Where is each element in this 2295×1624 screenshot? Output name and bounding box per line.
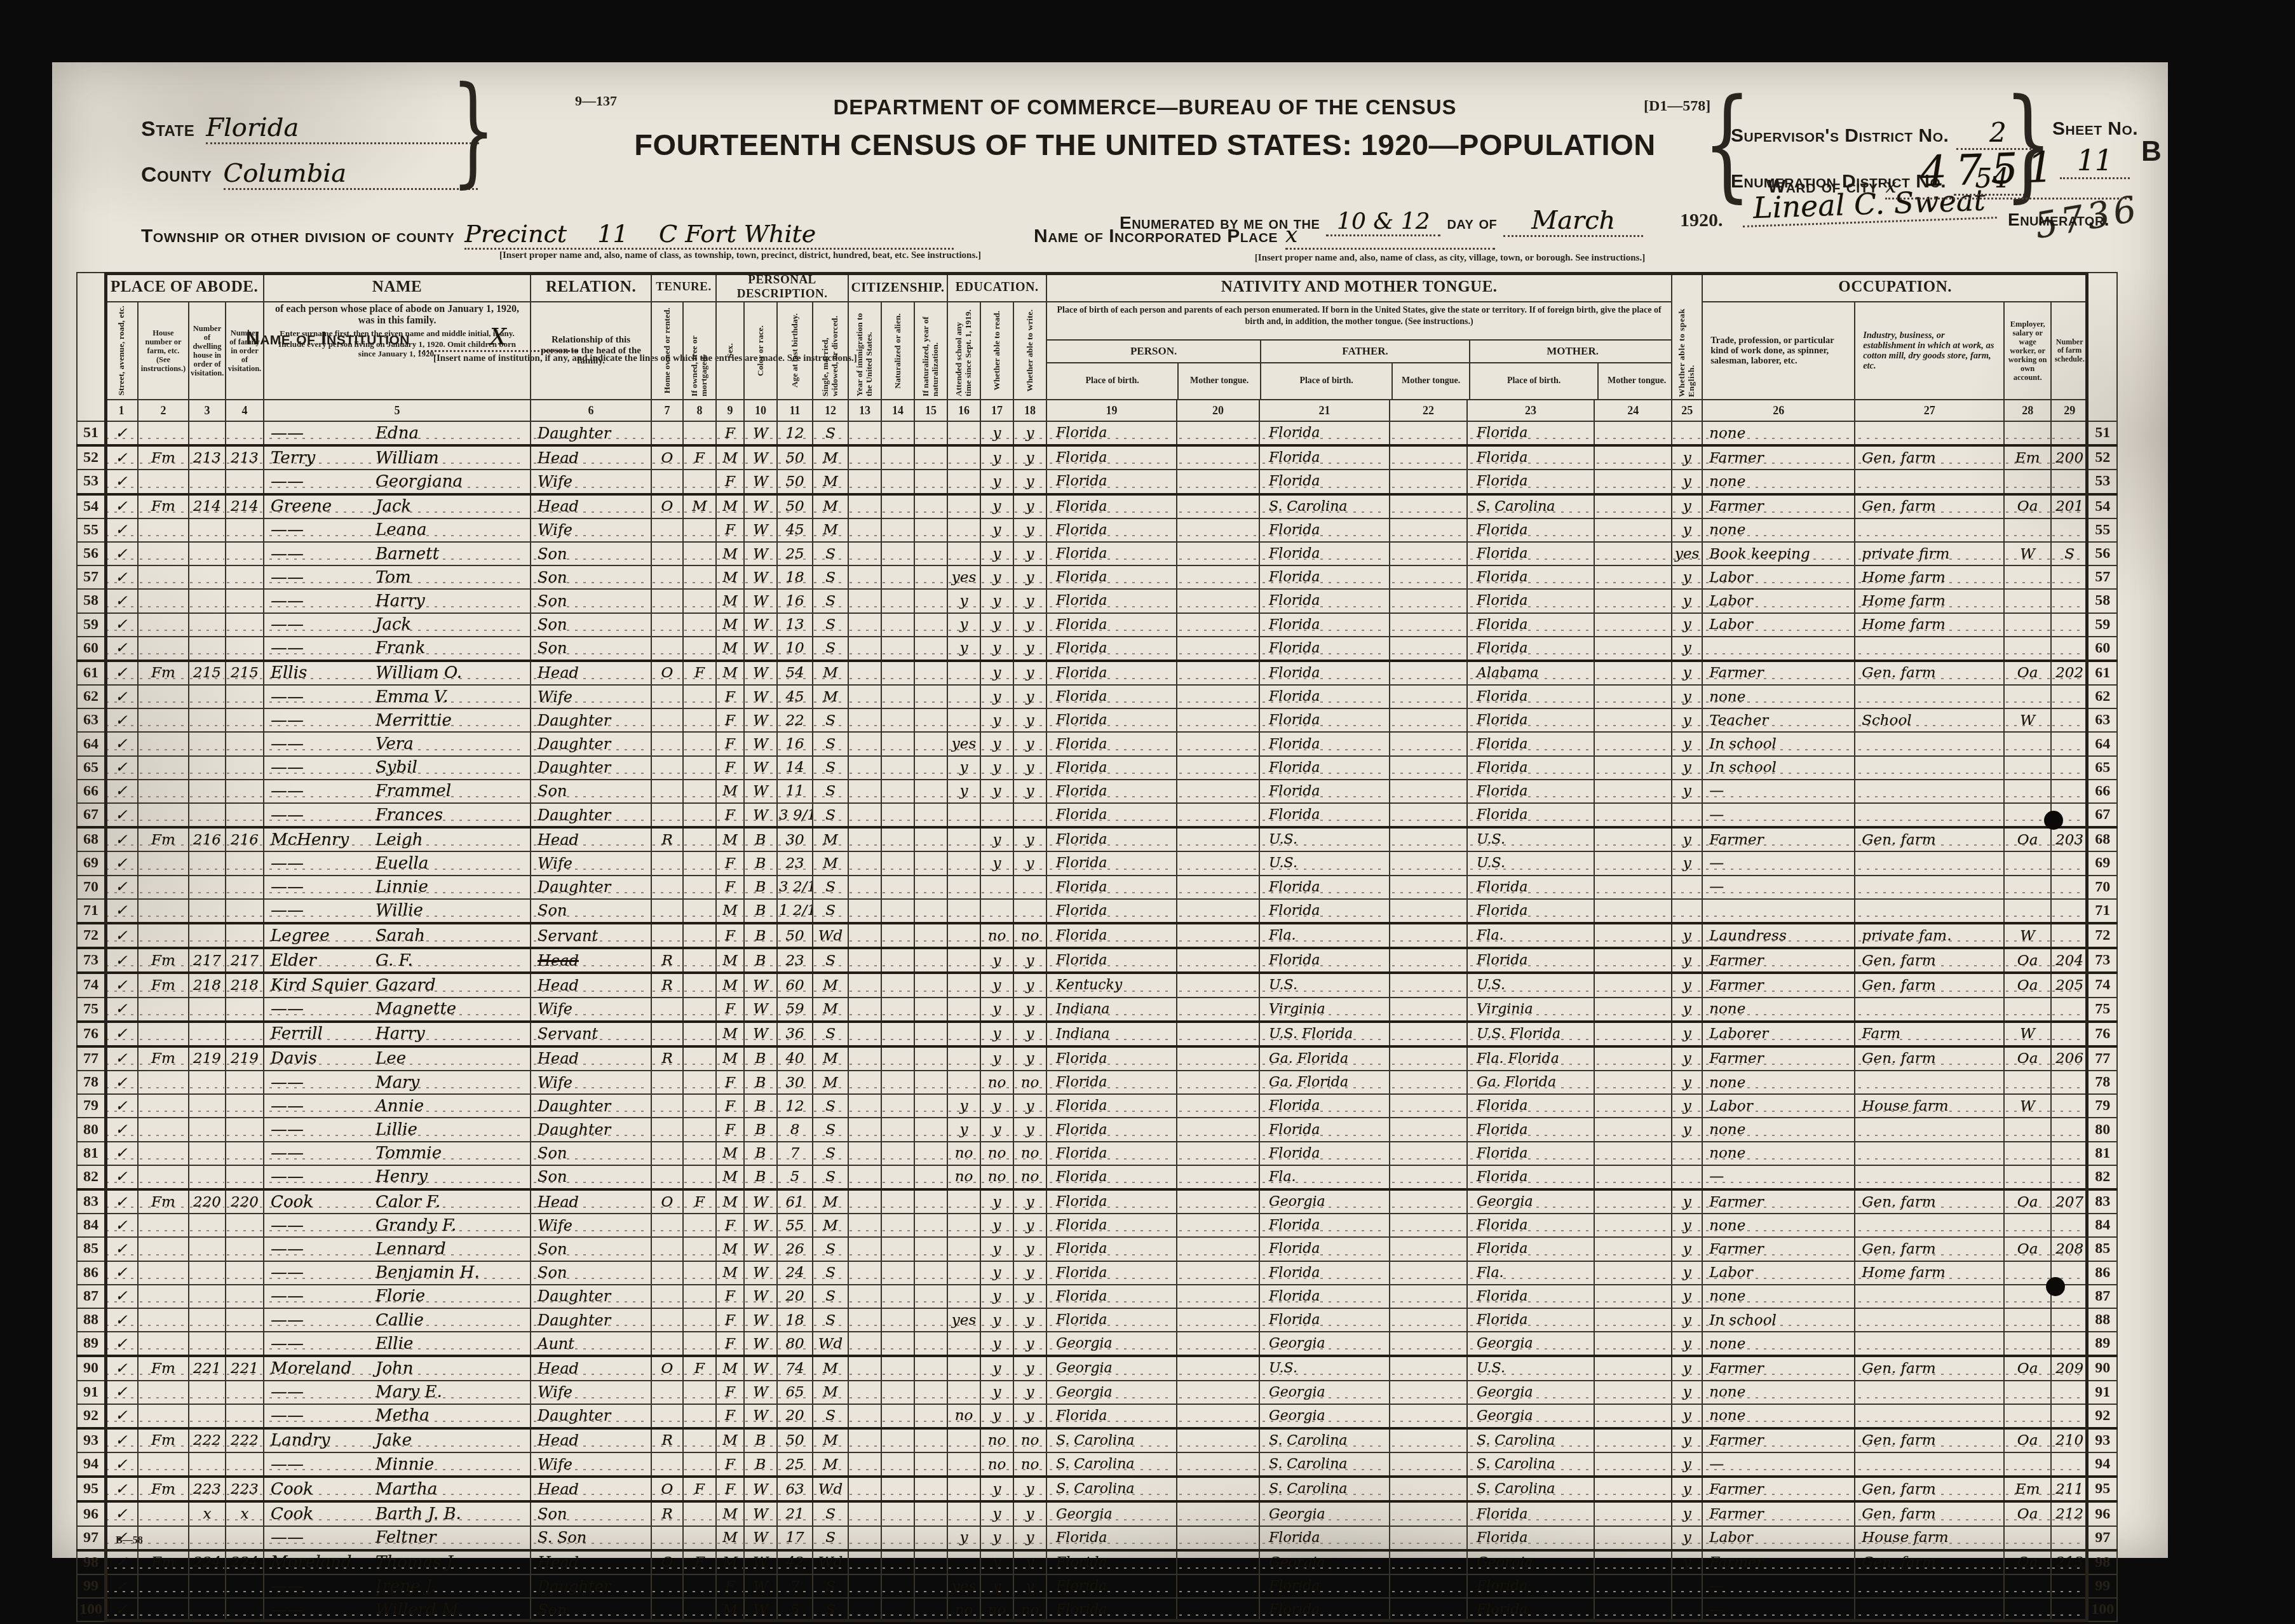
line-number-right: 90000: [2088, 1356, 2117, 1380]
col-header-able-to-write: Whether able to write.: [1013, 302, 1046, 400]
cell-relation: Son: [531, 637, 651, 661]
cell-farm-schedule: [2051, 518, 2088, 542]
cell-trade: Labor: [1702, 1261, 1855, 1285]
cell-trade: none: [1702, 1381, 1855, 1404]
cell-sex: F: [716, 1071, 744, 1094]
cell-name: ——Benjamin H.: [264, 1261, 531, 1285]
col-header-family-number: Number of family in order of visitation.: [226, 302, 264, 400]
cell-immigration-year: [848, 637, 881, 661]
cell-house-number: [138, 1285, 189, 1308]
cell-free-mortgaged: F: [683, 1189, 716, 1214]
cell-immigration-year: [848, 1189, 881, 1214]
cell-free-mortgaged: [683, 1261, 716, 1285]
cell-home-owned: [651, 1261, 683, 1285]
cell-relation: Wife: [531, 1381, 651, 1404]
cell-pob-mother: Florida: [1467, 542, 1594, 565]
cell-free-mortgaged: [683, 1308, 716, 1332]
cell-relation: Wife: [531, 470, 651, 494]
cell-marital: M: [813, 1189, 848, 1214]
cell-mother-tongue-person: [1177, 708, 1259, 732]
cell-employer-class: [2004, 589, 2051, 612]
cell-trade: —: [1702, 1452, 1855, 1477]
line-number: 98: [77, 1550, 105, 1574]
cell-dwelling-number: [189, 756, 226, 780]
cell-street-check: ✓: [105, 780, 138, 803]
cell-immigration-year: [848, 827, 881, 851]
cell-attended-school: [947, 1189, 980, 1214]
cell-trade: none: [1702, 1214, 1855, 1237]
cell-pob-person: Florida: [1046, 518, 1177, 542]
cell-naturalization-year: [914, 1308, 947, 1332]
cell-able-to-write: no: [1013, 1428, 1046, 1452]
cell-naturalization-year: [914, 1094, 947, 1118]
cell-pob-person: Indiana: [1046, 998, 1177, 1022]
cell-farm-schedule: [2051, 899, 2088, 923]
cell-pob-mother: Florida: [1467, 445, 1594, 470]
line-number: 64: [77, 732, 105, 755]
cell-naturalization-year: [914, 756, 947, 780]
cell-house-number: [138, 923, 189, 948]
cell-attended-school: [947, 998, 980, 1022]
cell-age: 12: [777, 1094, 813, 1118]
cell-attended-school: no: [947, 1404, 980, 1428]
cell-speak-english: y: [1672, 1404, 1702, 1428]
cell-speak-english: y: [1672, 1428, 1702, 1452]
cell-farm-schedule: [2051, 421, 2088, 445]
cell-farm-schedule: 210: [2051, 1428, 2088, 1452]
cell-age: 5: [777, 1598, 813, 1621]
cell-employer-class: Oa: [2004, 1237, 2051, 1261]
cell-family-number: [226, 780, 264, 803]
line-number-right: 67: [2088, 803, 2117, 827]
table-row: 77✓Fm219219DavisLeeHeadRMB40MyyFloridaGa…: [77, 1046, 2117, 1071]
cell-family-number: [226, 1404, 264, 1428]
cell-speak-english: [1672, 876, 1702, 899]
cell-dwelling-number: [189, 732, 226, 755]
cell-farm-schedule: [2051, 1308, 2088, 1332]
cell-relation: Head: [531, 445, 651, 470]
cell-mother-tongue-mother: [1594, 589, 1672, 612]
cell-mother-tongue-father: [1390, 948, 1467, 973]
nativity-subheader: Place of birth of each person and parent…: [1046, 302, 1672, 400]
cell-farm-schedule: [2051, 708, 2088, 732]
cell-naturalized: [881, 1142, 914, 1165]
cell-sex: F: [716, 1332, 744, 1356]
cell-industry: [1855, 1452, 2004, 1477]
cell-naturalization-year: [914, 876, 947, 899]
cell-pob-mother: Florida: [1467, 1501, 1594, 1526]
cell-mother-tongue-mother: [1594, 1598, 1672, 1621]
cell-house-number: [138, 1094, 189, 1118]
cell-pob-mother: Florida: [1467, 421, 1594, 445]
cell-pob-father: Fla.: [1259, 1165, 1390, 1189]
ward-stamp: 4751: [1919, 142, 2064, 196]
line-number-right: 70: [2088, 876, 2117, 899]
cell-farm-schedule: [2051, 780, 2088, 803]
cell-street-check: ✓: [105, 1477, 138, 1501]
cell-relation: Son: [531, 899, 651, 923]
cell-street-check: ✓: [105, 923, 138, 948]
cell-home-owned: [651, 1142, 683, 1165]
cell-name: ——Mary: [264, 1071, 531, 1094]
cell-race: W: [744, 1285, 777, 1308]
cell-family-number: 223: [226, 1477, 264, 1501]
cell-attended-school: [947, 518, 980, 542]
column-number-6: 6: [531, 400, 651, 421]
cell-street-check: ✓: [105, 1404, 138, 1428]
line-number: 95: [77, 1477, 105, 1501]
cell-immigration-year: [848, 948, 881, 973]
cell-able-to-write: y: [1013, 1046, 1046, 1071]
cell-attended-school: yes: [947, 732, 980, 755]
father-pob-label: Place of birth.: [1261, 363, 1393, 399]
cell-sex: F: [716, 1574, 744, 1598]
cell-dwelling-number: 224: [189, 1550, 226, 1574]
line-number: 72: [77, 923, 105, 948]
cell-mother-tongue-person: [1177, 827, 1259, 851]
cell-pob-mother: Florida: [1467, 732, 1594, 755]
cell-employer-class: [2004, 1526, 2051, 1550]
line-number: 55: [77, 518, 105, 542]
cell-mother-tongue-mother: [1594, 998, 1672, 1022]
cell-trade: none: [1702, 1285, 1855, 1308]
cell-house-number: [138, 470, 189, 494]
cell-street-check: ✓: [105, 851, 138, 875]
cell-pob-father: Fla.: [1259, 923, 1390, 948]
cell-industry: Gen. farm: [1855, 1501, 2004, 1526]
cell-employer-class: W: [2004, 542, 2051, 565]
cell-farm-schedule: 201: [2051, 494, 2088, 518]
cell-trade: Farmer: [1702, 1428, 1855, 1452]
cell-race: W: [744, 685, 777, 708]
cell-free-mortgaged: [683, 998, 716, 1022]
cell-pob-father: S. Carolina: [1259, 1428, 1390, 1452]
cell-pob-mother: Florida: [1467, 637, 1594, 661]
cell-pob-mother: Florida: [1467, 685, 1594, 708]
cell-speak-english: y: [1672, 1332, 1702, 1356]
column-number-3: 3: [189, 400, 226, 421]
cell-dwelling-number: 223: [189, 1477, 226, 1501]
cell-family-number: [226, 876, 264, 899]
table-row: 91✓——Mary E.WifeFW65MyyGeorgiaGeorgiaGeo…: [77, 1381, 2117, 1404]
line-number: 88: [77, 1308, 105, 1332]
cell-sex: F: [716, 1381, 744, 1404]
cell-speak-english: y: [1672, 589, 1702, 612]
cell-naturalized: [881, 1501, 914, 1526]
cell-home-owned: [651, 1574, 683, 1598]
cell-pob-father: Florida: [1259, 803, 1390, 827]
state-label: State: [141, 117, 194, 141]
line-number-right: 55: [2088, 518, 2117, 542]
line-number: 85: [77, 1237, 105, 1261]
cell-pob-father: Florida: [1259, 876, 1390, 899]
cell-street-check: ✓: [105, 1332, 138, 1356]
cell-able-to-read: y: [980, 780, 1013, 803]
cell-attended-school: [947, 899, 980, 923]
line-number-right: 51: [2088, 421, 2117, 445]
col-header-home-owned: Home owned or rented.: [651, 302, 683, 400]
cell-race: W: [744, 421, 777, 445]
cell-able-to-read: y: [980, 589, 1013, 612]
cell-pob-father: Florida: [1259, 470, 1390, 494]
cell-race: B: [744, 1142, 777, 1165]
cell-pob-person: Florida: [1046, 1214, 1177, 1237]
cell-attended-school: no: [947, 1142, 980, 1165]
cell-naturalized: [881, 780, 914, 803]
cell-trade: Farmer: [1702, 1046, 1855, 1071]
cell-industry: Gen. farm: [1855, 827, 2004, 851]
cell-speak-english: y: [1672, 998, 1702, 1022]
cell-trade: Teacher: [1702, 708, 1855, 732]
cell-industry: Gen. farm: [1855, 1189, 2004, 1214]
cell-naturalization-year: [914, 542, 947, 565]
line-number-right: 95000: [2088, 1477, 2117, 1501]
cell-marital: S: [813, 899, 848, 923]
col-header-house-number: House number or farm, etc. (See instruct…: [138, 302, 189, 400]
cell-immigration-year: [848, 1118, 881, 1141]
cell-pob-father: Florida: [1259, 756, 1390, 780]
column-number-4: 4: [226, 400, 264, 421]
cell-dwelling-number: [189, 1214, 226, 1237]
cell-pob-person: Indiana: [1046, 1022, 1177, 1046]
cell-home-owned: [651, 1285, 683, 1308]
cell-marital: S: [813, 1142, 848, 1165]
column-number-26: 26: [1702, 400, 1855, 421]
cell-family-number: 219: [226, 1046, 264, 1071]
cell-family-number: [226, 518, 264, 542]
cell-able-to-write: y: [1013, 494, 1046, 518]
line-number-right: 74000: [2088, 973, 2117, 997]
cell-mother-tongue-mother: [1594, 1332, 1672, 1356]
cell-pob-mother: Florida: [1467, 803, 1594, 827]
cell-dwelling-number: [189, 1574, 226, 1598]
cell-speak-english: [1672, 803, 1702, 827]
cell-naturalized: [881, 1598, 914, 1621]
cell-house-number: Fm: [138, 1428, 189, 1452]
cell-pob-person: Florida: [1046, 948, 1177, 973]
table-row: 100✓——Willerd M.SonMW5SnononoFloridaFlor…: [77, 1598, 2117, 1621]
col-group-education: EDUCATION.: [947, 273, 1046, 302]
cell-mother-tongue-father: [1390, 851, 1467, 875]
cell-able-to-read: y: [980, 1189, 1013, 1214]
cell-able-to-write: no: [1013, 1598, 1046, 1621]
cell-house-number: Fm: [138, 973, 189, 997]
cell-house-number: Fm: [138, 661, 189, 685]
line-number: 86: [77, 1261, 105, 1285]
cell-pob-mother: U.S.: [1467, 973, 1594, 997]
cell-mother-tongue-mother: [1594, 637, 1672, 661]
cell-speak-english: y: [1672, 445, 1702, 470]
cell-industry: [1855, 470, 2004, 494]
cell-home-owned: [651, 637, 683, 661]
cell-attended-school: [947, 1261, 980, 1285]
column-number-2: 2: [138, 400, 189, 421]
cell-street-check: ✓: [105, 589, 138, 612]
cell-pob-father: U.S.: [1259, 973, 1390, 997]
cell-name: ——Tom: [264, 565, 531, 589]
cell-employer-class: W: [2004, 1022, 2051, 1046]
cell-speak-english: [1672, 421, 1702, 445]
line-number: 70: [77, 876, 105, 899]
line-number-right: 97010: [2088, 1526, 2117, 1550]
cell-name: ——Frances: [264, 803, 531, 827]
cell-naturalization-year: [914, 518, 947, 542]
cell-industry: [1855, 1598, 2004, 1621]
cell-able-to-write: y: [1013, 1261, 1046, 1285]
line-number-right: 73000: [2088, 948, 2117, 973]
cell-pob-mother: Florida: [1467, 613, 1594, 637]
cell-immigration-year: [848, 685, 881, 708]
cell-race: B: [744, 1118, 777, 1141]
cell-able-to-write: y: [1013, 421, 1046, 445]
cell-able-to-read: y: [980, 1285, 1013, 1308]
cell-pob-mother: S. Carolina: [1467, 1452, 1594, 1477]
cell-home-owned: R: [651, 1501, 683, 1526]
cell-pob-mother: Florida: [1467, 1142, 1594, 1165]
cell-free-mortgaged: [683, 1237, 716, 1261]
cell-marital: S: [813, 780, 848, 803]
cell-home-owned: [651, 1165, 683, 1189]
cell-naturalized: [881, 973, 914, 997]
cell-pob-mother: Florida: [1467, 899, 1594, 923]
cell-free-mortgaged: [683, 518, 716, 542]
cell-mother-tongue-father: [1390, 708, 1467, 732]
cell-able-to-read: no: [980, 1142, 1013, 1165]
cell-mother-tongue-mother: [1594, 1142, 1672, 1165]
line-number-right: 86010: [2088, 1261, 2117, 1285]
cell-farm-schedule: 213: [2051, 1550, 2088, 1574]
cell-street-check: ✓: [105, 1452, 138, 1477]
enumerated-line: Enumerated by me on the 10 & 12 day of M…: [1120, 206, 1643, 237]
cell-marital: S: [813, 1261, 848, 1285]
cell-naturalized: [881, 1308, 914, 1332]
cell-mother-tongue-father: [1390, 1189, 1467, 1214]
cell-pob-person: S. Carolina: [1046, 1452, 1177, 1477]
cell-employer-class: [2004, 1165, 2051, 1189]
cell-sex: M: [716, 1142, 744, 1165]
nativity-subgroups: PERSON. Place of birth. Mother tongue. F…: [1047, 339, 1671, 399]
cell-dwelling-number: [189, 1598, 226, 1621]
cell-mother-tongue-father: [1390, 1477, 1467, 1501]
cell-mother-tongue-mother: [1594, 876, 1672, 899]
cell-marital: Wd: [813, 1477, 848, 1501]
cell-attended-school: [947, 1071, 980, 1094]
cell-able-to-write: y: [1013, 470, 1046, 494]
cell-dwelling-number: [189, 899, 226, 923]
cell-pob-mother: Georgia: [1467, 1550, 1594, 1574]
cell-mother-tongue-person: [1177, 1285, 1259, 1308]
cell-immigration-year: [848, 803, 881, 827]
cell-immigration-year: [848, 613, 881, 637]
cell-mother-tongue-mother: [1594, 661, 1672, 685]
cell-relation: Head: [531, 1189, 651, 1214]
cell-able-to-read: [980, 803, 1013, 827]
cell-sex: F: [716, 1452, 744, 1477]
cell-relation: Son: [531, 1598, 651, 1621]
cell-sex: F: [716, 421, 744, 445]
county-value: Columbia: [224, 159, 478, 190]
supervisor-district-label: Supervisor's District No.: [1731, 125, 1949, 146]
cell-naturalized: [881, 1332, 914, 1356]
cell-home-owned: [651, 1452, 683, 1477]
line-number-right: 93000: [2088, 1428, 2117, 1452]
cell-dwelling-number: [189, 1094, 226, 1118]
cell-employer-class: [2004, 421, 2051, 445]
cell-dwelling-number: [189, 470, 226, 494]
cell-able-to-read: y: [980, 1381, 1013, 1404]
column-number-12: 12: [813, 400, 848, 421]
column-number-23: 23: [1467, 400, 1594, 421]
cell-sex: F: [716, 1477, 744, 1501]
cell-race: W: [744, 1214, 777, 1237]
cell-pob-father: Florida: [1259, 1261, 1390, 1285]
state-value: Florida: [206, 113, 479, 144]
cell-race: B: [744, 1046, 777, 1071]
cell-naturalized: [881, 1356, 914, 1380]
cell-mother-tongue-person: [1177, 1261, 1259, 1285]
cell-marital: M: [813, 1356, 848, 1380]
cell-free-mortgaged: F: [683, 1356, 716, 1380]
cell-employer-class: [2004, 756, 2051, 780]
cell-pob-mother: Florida: [1467, 518, 1594, 542]
cell-naturalization-year: [914, 1261, 947, 1285]
cell-trade: —: [1702, 1574, 1855, 1598]
cell-naturalization-year: [914, 1118, 947, 1141]
cell-speak-english: y: [1672, 1308, 1702, 1332]
cell-marital: S: [813, 948, 848, 973]
cell-mother-tongue-father: [1390, 1381, 1467, 1404]
cell-age: 45: [777, 518, 813, 542]
cell-pob-mother: Florida: [1467, 1598, 1594, 1621]
cell-free-mortgaged: [683, 565, 716, 589]
cell-free-mortgaged: [683, 685, 716, 708]
cell-employer-class: [2004, 732, 2051, 755]
cell-age: 20: [777, 1404, 813, 1428]
cell-pob-mother: Florida: [1467, 1526, 1594, 1550]
cell-mother-tongue-father: [1390, 1142, 1467, 1165]
cell-immigration-year: [848, 899, 881, 923]
line-number: 87: [77, 1285, 105, 1308]
cell-immigration-year: [848, 1308, 881, 1332]
cell-free-mortgaged: [683, 470, 716, 494]
cell-family-number: [226, 1118, 264, 1141]
cell-farm-schedule: [2051, 756, 2088, 780]
cell-family-number: x: [226, 1501, 264, 1526]
cell-name: MorelandJohn: [264, 1356, 531, 1380]
cell-farm-schedule: [2051, 923, 2088, 948]
cell-mother-tongue-mother: [1594, 1071, 1672, 1094]
cell-age: 50: [777, 445, 813, 470]
cell-naturalized: [881, 1214, 914, 1237]
cell-pob-person: Kentucky: [1046, 973, 1177, 997]
cell-relation: Head: [531, 1477, 651, 1501]
cell-race: W: [744, 803, 777, 827]
col-group-tenure: TENURE.: [651, 273, 716, 302]
county-label: County: [141, 163, 212, 187]
cell-pob-person: Florida: [1046, 803, 1177, 827]
cell-speak-english: y: [1672, 1071, 1702, 1094]
cell-speak-english: y: [1672, 756, 1702, 780]
cell-farm-schedule: 202: [2051, 661, 2088, 685]
cell-naturalized: [881, 876, 914, 899]
line-number: 90: [77, 1356, 105, 1380]
cell-relation: Daughter: [531, 1285, 651, 1308]
cell-dwelling-number: [189, 876, 226, 899]
cell-pob-person: Florida: [1046, 1598, 1177, 1621]
cell-industry: House farm: [1855, 1094, 2004, 1118]
cell-race: W: [744, 494, 777, 518]
cell-sex: F: [716, 1214, 744, 1237]
